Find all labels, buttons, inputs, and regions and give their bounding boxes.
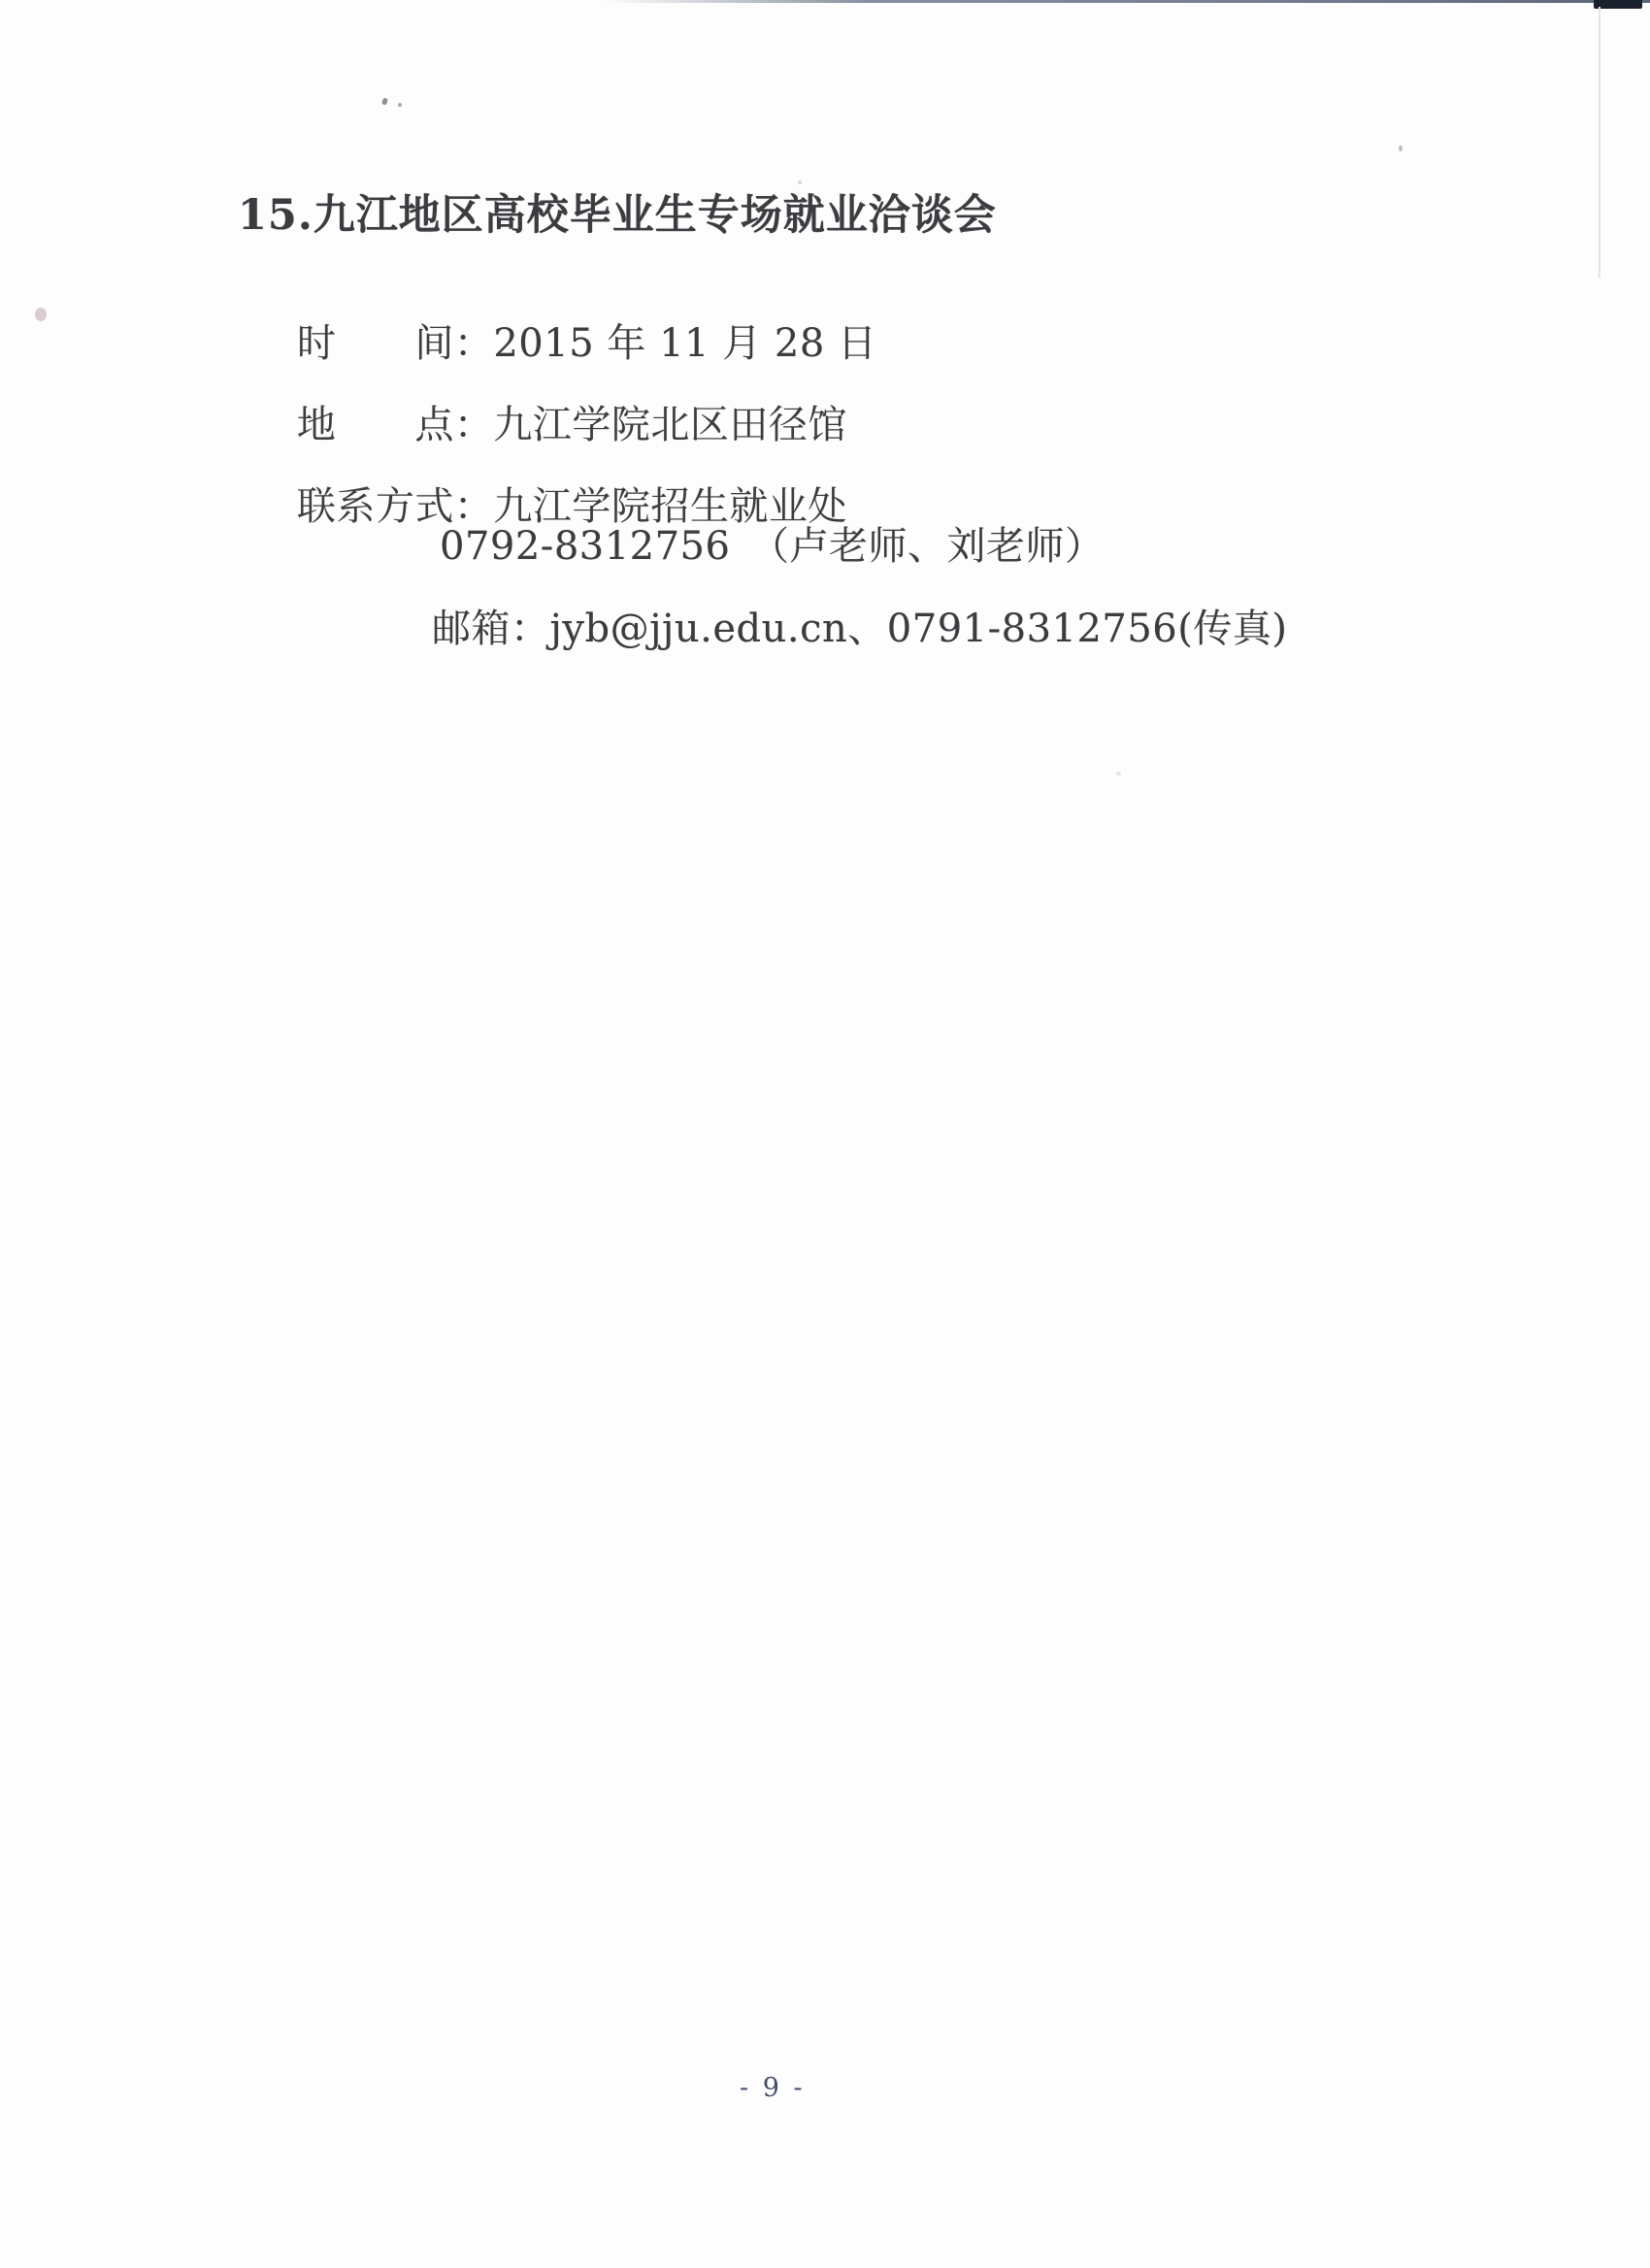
scan-speck [35,308,47,321]
scan-corner-mark [1594,0,1642,9]
scan-speck [1116,772,1121,775]
section-title: 15.九江地区高校毕业生专场就业洽谈会 [238,182,997,242]
page-number: - 9 - [740,2073,806,2103]
contact-phone-line: 0792-8312756 （卢老师、刘老师） [440,515,1104,571]
scan-speck [1399,146,1402,151]
scan-speck [381,97,388,105]
scan-speck [398,103,402,107]
contact-email-line: 邮箱：jyb@jju.edu.cn、0791-8312756(传真) [432,598,1287,653]
scan-right-edge-line [1599,7,1600,279]
scanned-document-page: 15.九江地区高校毕业生专场就业洽谈会 时 间：2015 年 11 月 28 日… [0,0,1650,2268]
scan-top-edge-line [602,0,1650,3]
